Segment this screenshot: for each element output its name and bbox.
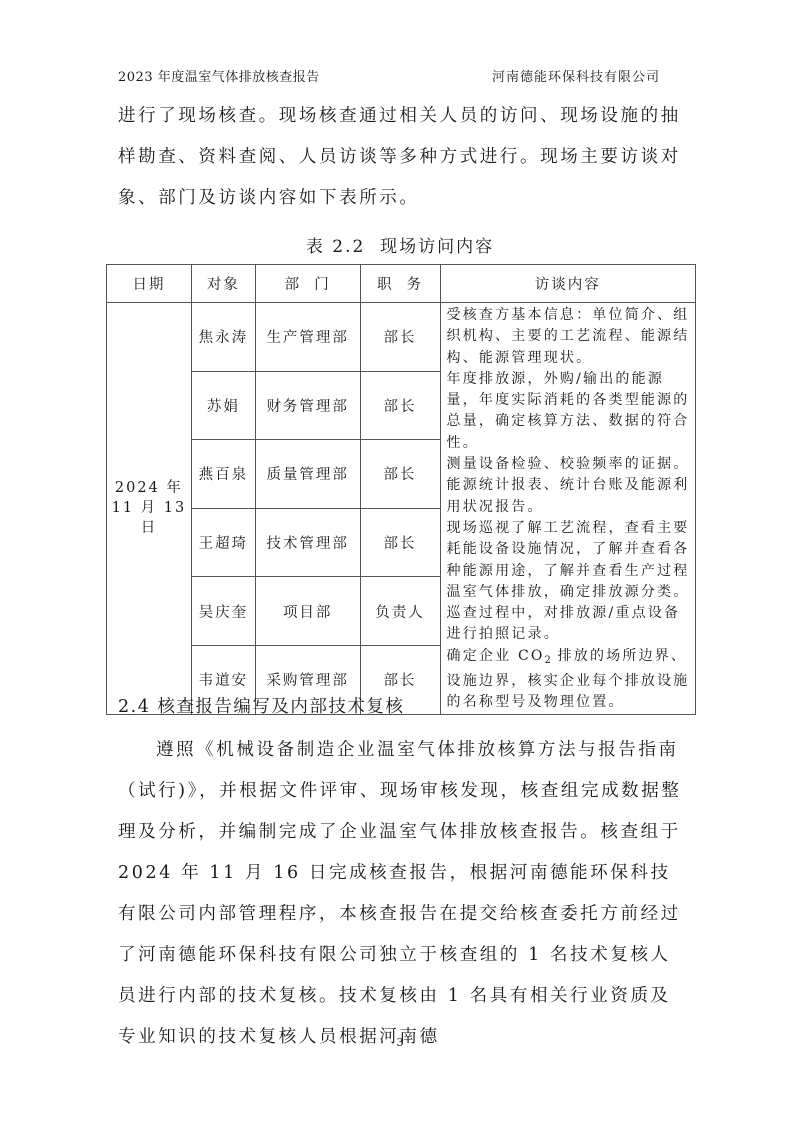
interview-item: 年度排放源，外购/输出的能源量，年度实际消耗的各类型能源的总量，确定核算方法、数… xyxy=(447,369,693,454)
person-cell: 焦永涛 xyxy=(191,303,255,372)
page-number: 3 xyxy=(0,1036,800,1049)
column-header-person: 对象 xyxy=(191,265,255,303)
date-year: 2024 年 xyxy=(115,480,183,496)
position-cell: 部长 xyxy=(360,440,440,509)
department-cell: 财务管理部 xyxy=(255,371,360,440)
interview-content-cell: 受核查方基本信息：单位简介、组织机构、主要的工艺流程、能源结构、能源管理现状。 … xyxy=(440,303,696,715)
interview-item-co2: 确定企业 CO2 排放的场所边界、设施边界，核实企业每个排放设施的名称型号及物理… xyxy=(447,646,693,714)
department-cell: 技术管理部 xyxy=(255,508,360,577)
person-cell: 吴庆奎 xyxy=(191,577,255,646)
table-header-row: 日期 对象 部 门 职 务 访谈内容 xyxy=(107,265,696,303)
table-row: 2024 年 11 月 13 日 焦永涛 生产管理部 部长 受核查方基本信息：单… xyxy=(107,303,696,372)
position-cell: 部长 xyxy=(360,508,440,577)
position-cell: 部长 xyxy=(360,303,440,372)
interview-item: 测量设备检验、校验频率的证据。 xyxy=(447,454,693,475)
site-visit-table: 日期 对象 部 门 职 务 访谈内容 2024 年 11 月 13 日 焦永涛 … xyxy=(106,264,696,715)
column-header-position: 职 务 xyxy=(360,265,440,303)
date-cell: 2024 年 11 月 13 日 xyxy=(107,303,192,715)
interview-item: 能源统计报表、统计台账及能源利用状况报告。 xyxy=(447,475,693,518)
person-cell: 苏娟 xyxy=(191,371,255,440)
running-header-title: 2023 年度温室气体排放核查报告 xyxy=(118,66,320,85)
co2-text-prefix: 确定企业 CO xyxy=(447,648,545,664)
table-caption: 表 2.2 现场访问内容 xyxy=(0,232,800,257)
interview-item: 受核查方基本信息：单位简介、组织机构、主要的工艺流程、能源结构、能源管理现状。 xyxy=(447,305,693,369)
department-cell: 项目部 xyxy=(255,577,360,646)
person-cell: 王超琦 xyxy=(191,508,255,577)
section-paragraph: 遵照《机械设备制造企业温室气体排放核算方法与报告指南（试行)》，并根据文件评审、… xyxy=(118,730,688,1058)
section-heading: 2.4 核查报告编写及内部技术复核 xyxy=(118,693,404,718)
person-cell: 燕百泉 xyxy=(191,440,255,509)
interview-item: 巡查过程中，对排放源/重点设备进行拍照记录。 xyxy=(447,603,693,646)
date-day: 11 月 13 日 xyxy=(112,500,187,536)
department-cell: 生产管理部 xyxy=(255,303,360,372)
interview-item: 现场巡视了解工艺流程，查看主要耗能设备设施情况，了解并查看各种能源用途，了解并查… xyxy=(447,518,693,603)
department-cell: 质量管理部 xyxy=(255,440,360,509)
column-header-interview-content: 访谈内容 xyxy=(440,265,696,303)
running-header-company: 河南德能环保科技有限公司 xyxy=(492,66,660,85)
column-header-date: 日期 xyxy=(107,265,192,303)
column-header-department: 部 门 xyxy=(255,265,360,303)
position-cell: 部长 xyxy=(360,371,440,440)
intro-paragraph: 进行了现场核查。现场核查通过相关人员的访问、现场设施的抽样勘查、资料查阅、人员访… xyxy=(118,96,688,219)
position-cell: 负责人 xyxy=(360,577,440,646)
